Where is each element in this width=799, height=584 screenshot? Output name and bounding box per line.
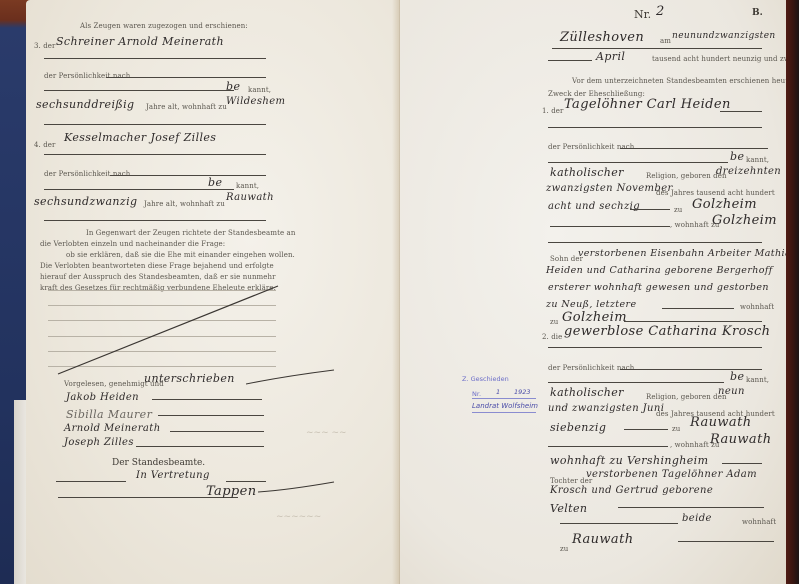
rule [56, 481, 126, 482]
rule [136, 446, 264, 447]
bride-name: gewerblose Catharina Krosch [564, 324, 770, 339]
bride-residence: Rauwath [710, 432, 771, 447]
bride-parents-residence-prefix: zu [560, 545, 568, 553]
margin-stamp-year: 1923 [514, 388, 531, 396]
witness4-age-label: Jahre alt, wohnhaft zu [144, 200, 225, 208]
signoff-hand: unterschrieben [144, 372, 235, 385]
margin-stamp-authority: Landrat Wolfsheim [472, 402, 538, 410]
bride-parents-line: Krosch und Gertrud geborene [550, 485, 713, 496]
groom-parents-line: verstorbenen Eisenbahn Arbeiter Mathias [578, 248, 786, 259]
bride-religion-label: Religion, geboren den [646, 393, 727, 401]
groom-identity-label: der Persönlichkeit nach [548, 143, 634, 151]
witness3-number: 3. der [34, 42, 55, 50]
groom-parents-residence-prefix: zu [550, 318, 558, 326]
bride-parents-residence-label: wohnhaft [742, 518, 776, 526]
rule [720, 111, 762, 112]
groom-known-hand: be [730, 150, 744, 163]
bride-residence-note: wohnhaft zu Vershingheim [550, 454, 708, 467]
question-paragraph-line: In Gegenwart der Zeugen richtete der Sta… [86, 229, 295, 237]
witness3-known-print: kannt, [248, 86, 271, 94]
witness4-identity-label: der Persönlichkeit nach [44, 170, 130, 178]
bride-birth-year-hand: siebenzig [550, 421, 606, 434]
register-page-left: Als Zeugen waren zugezogen und erschiene… [26, 0, 400, 584]
witness4-age: sechsundzwanzig [34, 195, 137, 208]
witness4-known-print: kannt, [236, 182, 259, 190]
registrar-hand: In Vertretung [136, 470, 210, 481]
intro-line-1: Vor dem unterzeichneten Standesbeamten e… [572, 77, 786, 85]
bride-parents-line: Velten [550, 502, 587, 515]
margin-stamp-nr: 1 [496, 388, 500, 396]
entry-label: Nr. [634, 8, 651, 21]
bride-parents-residence-hand: beide [682, 513, 712, 524]
witness4-name: Kesselmacher Josef Zilles [64, 131, 216, 144]
rule [722, 463, 762, 464]
year-printed: tausend acht hundert neunzig und zwei. [652, 55, 786, 63]
bride-known-print: kannt, [746, 376, 769, 384]
rule [548, 162, 728, 163]
rule [152, 399, 262, 400]
strike-through-line [56, 282, 286, 378]
witness3-residence: Wildeshem [226, 96, 285, 107]
rule [662, 308, 734, 309]
rule [44, 124, 266, 125]
bride-birth-day-2: und zwanzigsten Juni [548, 403, 664, 414]
groom-parents-residence-label: wohnhaft [740, 303, 774, 311]
groom-number: 1. der [542, 107, 563, 115]
month: April [596, 50, 625, 63]
groom-name: Tagelöhner Carl Heiden [564, 97, 731, 112]
rule [678, 541, 774, 542]
bride-known-hand: be [730, 370, 744, 383]
registrar-label: Der Standesbeamte. [112, 458, 205, 468]
signature-2: Sibilla Maurer [66, 408, 152, 421]
bride-identity-label: der Persönlichkeit nach [548, 364, 634, 372]
rule [44, 90, 234, 91]
groom-religion: katholischer [550, 166, 624, 179]
rule [548, 242, 762, 243]
rule [624, 429, 668, 430]
rule [548, 347, 762, 348]
witness4-known-hand: be [208, 176, 222, 189]
groom-birth-day-2: zwanzigsten November [546, 183, 673, 194]
witness-intro: Als Zeugen waren zugezogen und erschiene… [80, 22, 248, 30]
day-handwritten: neunundzwanzigsten [672, 31, 776, 41]
rule [548, 446, 668, 447]
registrar-signature: Tappen [206, 484, 257, 499]
rule [44, 154, 266, 155]
rule [560, 523, 678, 524]
rule [630, 209, 670, 210]
question-paragraph-line: ob sie erklären, daß sie die Ehe mit ein… [66, 251, 295, 259]
rule [548, 127, 762, 128]
bride-parents-residence: Rauwath [572, 532, 633, 547]
bride-number: 2. die [542, 333, 562, 341]
rule [548, 60, 592, 61]
register-letter: B. [752, 8, 763, 18]
groom-birth-year-print: des Jahres tausend acht hundert [656, 189, 775, 197]
witness3-name: Schreiner Arnold Meinerath [56, 35, 224, 48]
rule [170, 431, 264, 432]
rule [44, 189, 234, 190]
margin-stamp-nr-label: Nr. [472, 390, 481, 398]
witness3-age: sechsunddreißig [36, 98, 135, 111]
witness3-age-label: Jahre alt, wohnhaft zu [146, 103, 227, 111]
rule [548, 382, 724, 383]
place-name: Zülleshoven [560, 30, 644, 45]
groom-birth-day-1: dreizehnten [716, 166, 781, 177]
groom-birth-place: Golzheim [692, 197, 757, 212]
witness4-residence: Rauwath [226, 192, 274, 203]
bleed-through-text: ~~~~~~ [276, 512, 321, 522]
question-paragraph-line: hierauf der Ausspruch des Standesbeamten… [40, 273, 276, 281]
groom-parents-residence: Golzheim [562, 310, 627, 325]
signature-1: Jakob Heiden [66, 392, 139, 403]
bride-birth-place: Rauwath [690, 415, 751, 430]
groom-residence: Golzheim [712, 213, 777, 228]
rule [624, 321, 762, 322]
groom-birth-year-hand: acht und sechzig [548, 201, 640, 212]
bride-religion: katholischer [550, 386, 624, 399]
witness3-known-hand: be [226, 80, 240, 93]
rule [110, 175, 266, 176]
registrar-flourish [258, 480, 338, 496]
groom-religion-label: Religion, geboren den [646, 172, 727, 180]
witness4-number: 4. der [34, 141, 55, 149]
groom-parents-line: Heiden und Catharina geborene Bergerhoff [546, 265, 773, 276]
place-suffix: am [660, 37, 671, 45]
groom-parents-line: ersterer wohnhaft gewesen und gestorben [548, 282, 769, 293]
margin-stamp-line-1: Z. Geschieden [462, 375, 509, 383]
signature-3: Arnold Meinerath [64, 423, 161, 434]
stamp-rule [472, 398, 536, 399]
rule [550, 226, 670, 227]
bride-birth-place-label: zu [672, 425, 680, 433]
stamp-rule [472, 412, 536, 413]
groom-birth-place-label: zu [674, 206, 682, 214]
rule [44, 220, 266, 221]
rule [552, 48, 762, 49]
rule [44, 58, 266, 59]
groom-known-print: kannt, [746, 156, 769, 164]
rule [620, 148, 768, 149]
witness3-identity-label: der Persönlichkeit nach [44, 72, 130, 80]
rule [618, 507, 764, 508]
bleed-through-text: ~~~ ~~ [306, 428, 347, 438]
entry-number: 2 [656, 4, 665, 19]
question-paragraph-line: die Verlobten einzeln und nacheinander d… [40, 240, 225, 248]
question-paragraph-line: Die Verlobten beantworteten diese Frage … [40, 262, 274, 270]
rule [106, 77, 266, 78]
groom-parents-line: zu Neuß, letztere [546, 299, 636, 310]
signature-4: Joseph Zilles [64, 437, 134, 448]
signoff-flourish [246, 368, 336, 390]
bride-birth-day-1: neun [718, 386, 745, 397]
bride-parents-line: verstorbenen Tagelöhner Adam [586, 469, 757, 480]
register-page-right: Nr. 2 B. Zülleshoven am neunundzwanzigst… [400, 0, 786, 584]
rule [158, 415, 264, 416]
